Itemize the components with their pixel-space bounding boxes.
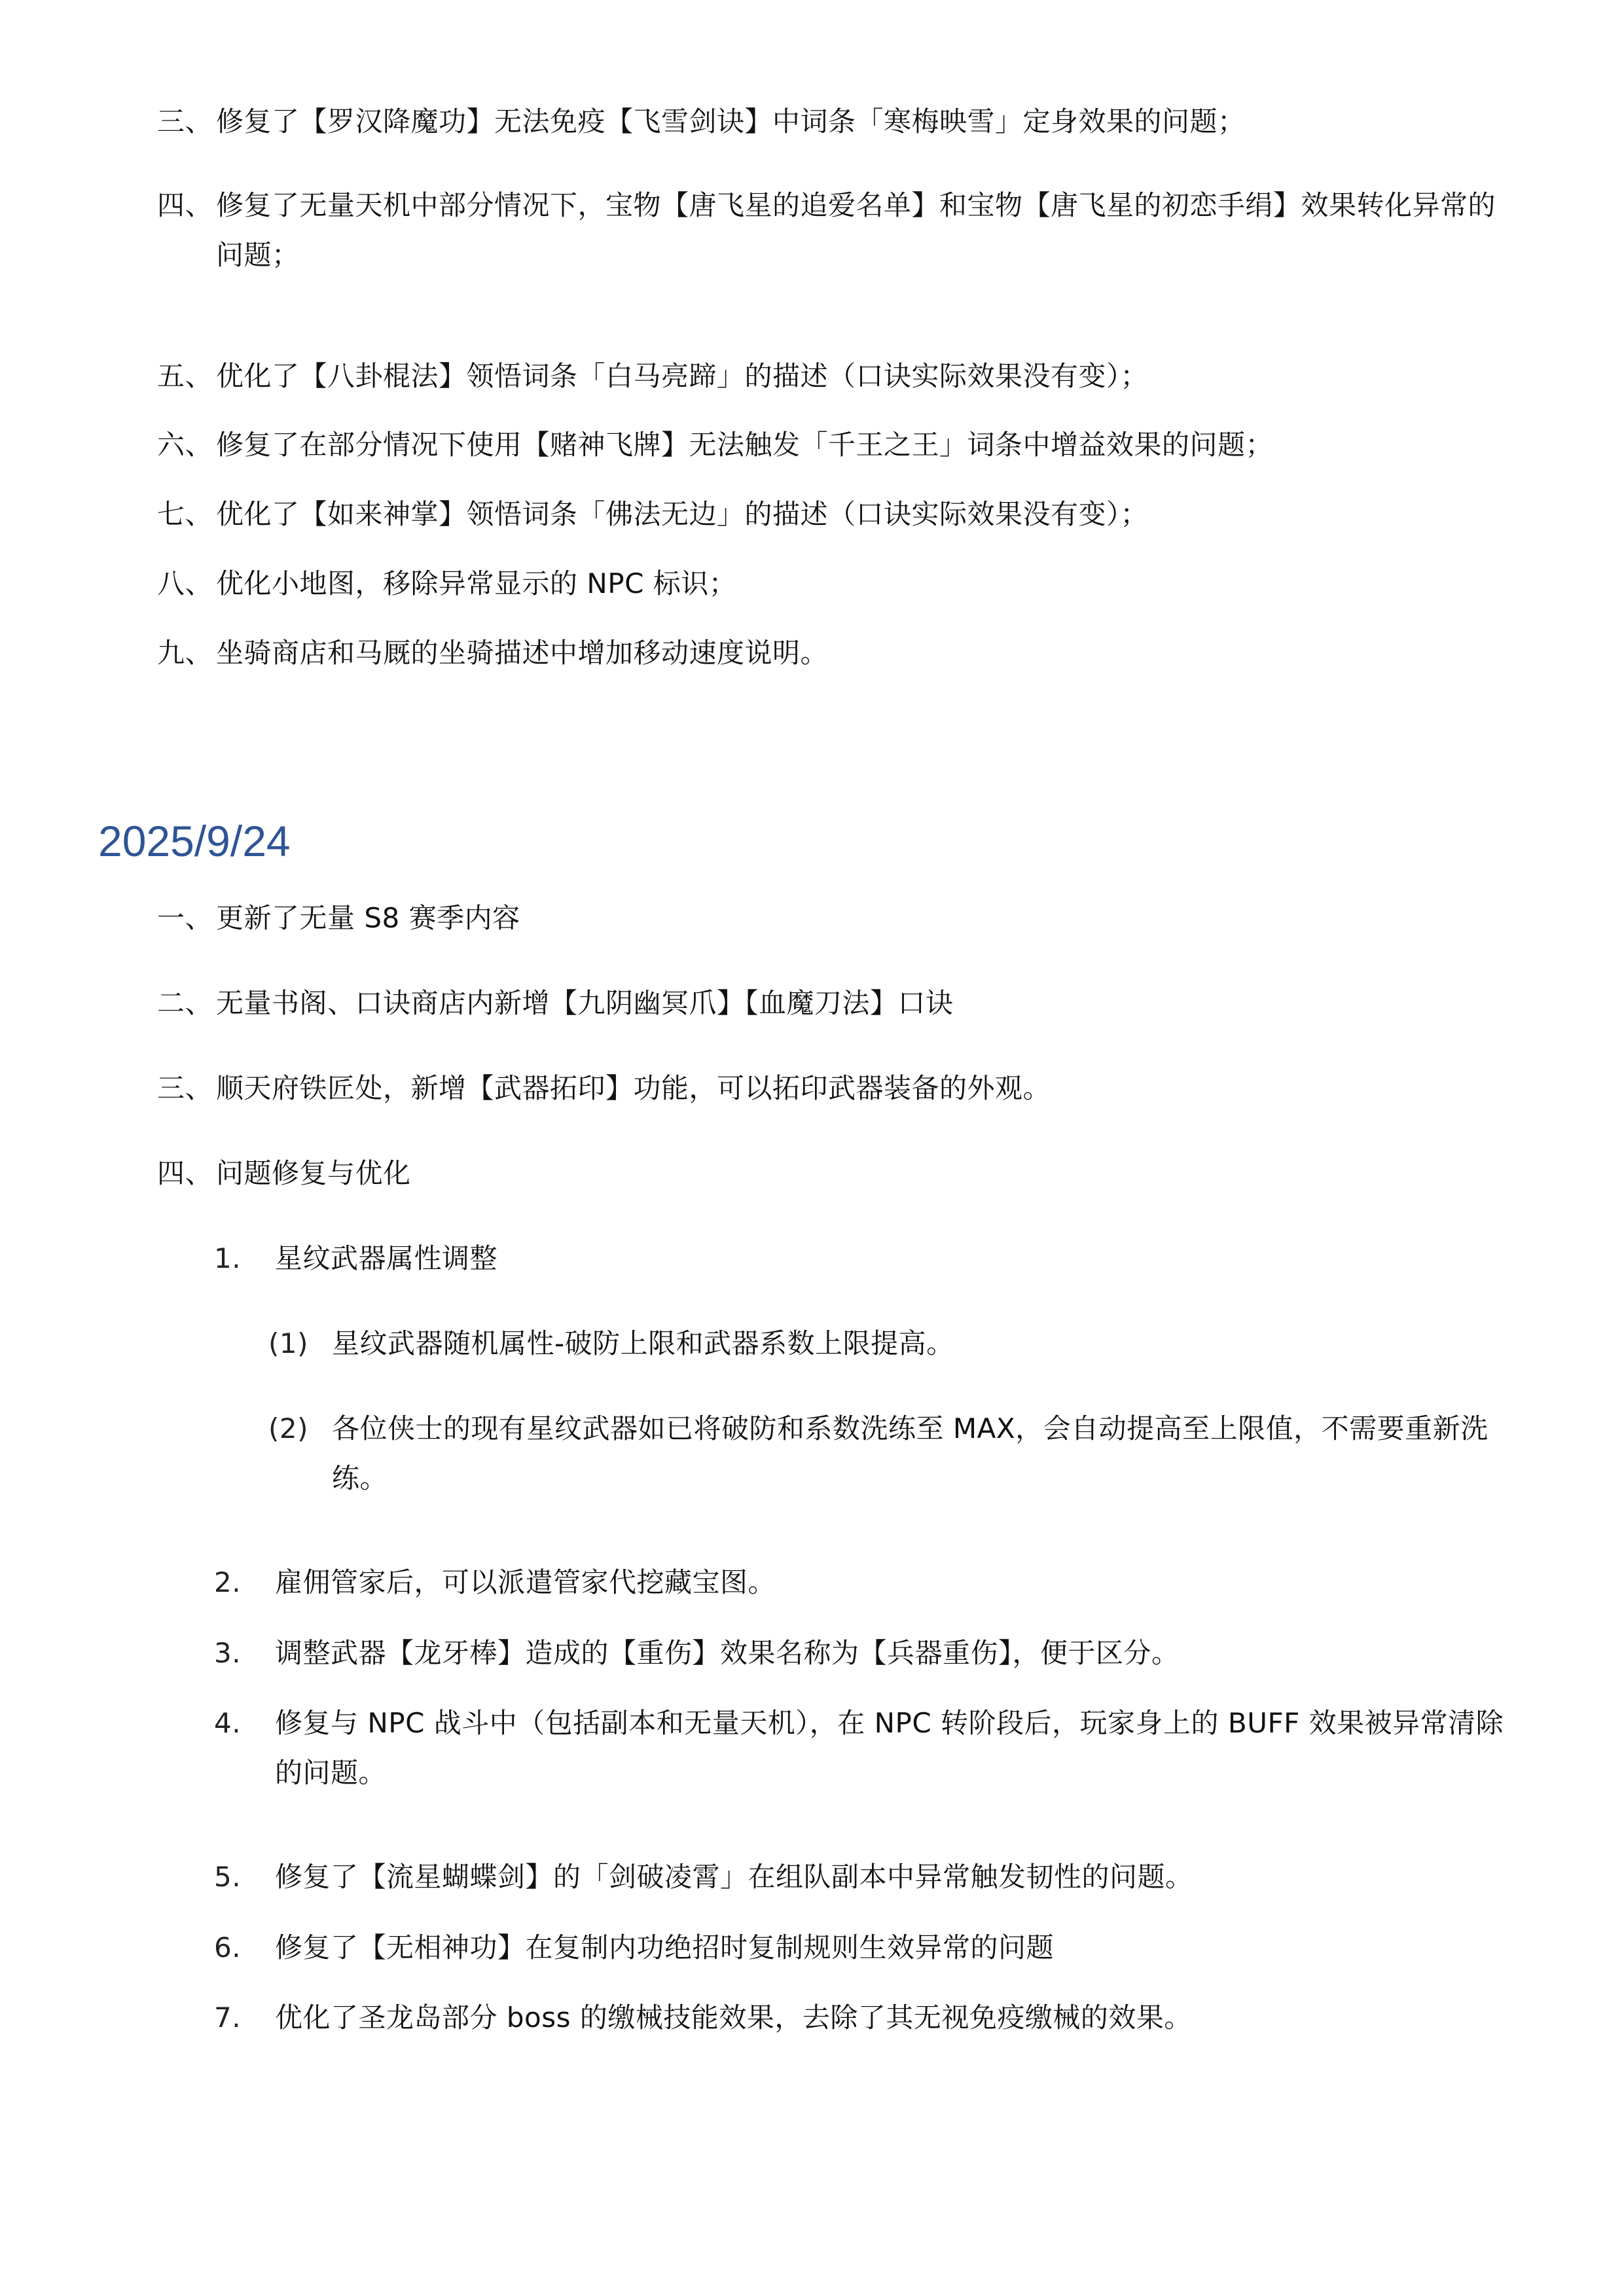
- list-item: 一、 更新了无量 S8 赛季内容: [157, 893, 1519, 943]
- list-item-text: 星纹武器属性调整: [275, 1234, 1520, 1283]
- list-marker: 一、: [157, 893, 216, 943]
- fix-list-item: 4. 修复与 NPC 战斗中（包括副本和无量天机），在 NPC 转阶段后，玩家身…: [214, 1698, 1520, 1798]
- list-marker: 七、: [157, 490, 216, 539]
- list-item-text: 各位侠士的现有星纹武器如已将破防和系数洗练至 MAX，会自动提高至上限值，不需要…: [332, 1404, 1520, 1503]
- list-marker: 二、: [157, 978, 216, 1028]
- list-marker: 6.: [214, 1923, 275, 1973]
- list-item-text: 修复了【罗汉降魔功】无法免疫【飞雪剑诀】中词条「寒梅映雪」定身效果的问题；: [216, 97, 1519, 147]
- list-marker: 四、: [157, 1149, 216, 1198]
- sub-list-item: (1) 星纹武器随机属性-破防上限和武器系数上限提高。: [268, 1319, 1520, 1369]
- list-marker: 五、: [157, 351, 216, 401]
- list-item-text: 优化了【如来神掌】领悟词条「佛法无边」的描述（口诀实际效果没有变）；: [216, 490, 1519, 539]
- list-item: 六、 修复了在部分情况下使用【赌神飞牌】无法触发「千王之王」词条中增益效果的问题…: [157, 420, 1519, 470]
- list-marker: 六、: [157, 420, 216, 470]
- list-marker: 4.: [214, 1698, 275, 1748]
- list-item-text: 修复了【流星蝴蝶剑】的「剑破凌霄」在组队副本中异常触发韧性的问题。: [275, 1852, 1520, 1902]
- list-item: 五、 优化了【八卦棍法】领悟词条「白马亮蹄」的描述（口诀实际效果没有变）；: [157, 351, 1519, 401]
- list-marker: 3.: [214, 1628, 275, 1678]
- fix-list-item: 3. 调整武器【龙牙棒】造成的【重伤】效果名称为【兵器重伤】，便于区分。: [214, 1628, 1520, 1678]
- list-item-text: 优化小地图，移除异常显示的 NPC 标识；: [216, 559, 1519, 609]
- list-item-text: 修复了【无相神功】在复制内功绝招时复制规则生效异常的问题: [275, 1923, 1520, 1973]
- list-marker: 八、: [157, 559, 216, 609]
- list-marker: 7.: [214, 1993, 275, 2043]
- list-item: 七、 优化了【如来神掌】领悟词条「佛法无边」的描述（口诀实际效果没有变）；: [157, 490, 1519, 539]
- section-heading-date: 2025/9/24: [98, 815, 291, 867]
- list-marker: 三、: [157, 1064, 216, 1113]
- list-item-text: 坐骑商店和马厩的坐骑描述中增加移动速度说明。: [216, 628, 1519, 678]
- list-item-text: 修复了无量天机中部分情况下，宝物【唐飞星的追爱名单】和宝物【唐飞星的初恋手绢】效…: [216, 181, 1519, 280]
- list-item: 二、 无量书阁、口诀商店内新增【九阴幽冥爪】【血魔刀法】口诀: [157, 978, 1519, 1028]
- fix-list-item: 2. 雇佣管家后，可以派遣管家代挖藏宝图。: [214, 1558, 1520, 1607]
- list-item: 四、 修复了无量天机中部分情况下，宝物【唐飞星的追爱名单】和宝物【唐飞星的初恋手…: [157, 181, 1519, 280]
- document-page: 三、 修复了【罗汉降魔功】无法免疫【飞雪剑诀】中词条「寒梅映雪」定身效果的问题；…: [0, 0, 1624, 2296]
- list-marker: 5.: [214, 1852, 275, 1902]
- list-item-text: 雇佣管家后，可以派遣管家代挖藏宝图。: [275, 1558, 1520, 1607]
- list-item: 八、 优化小地图，移除异常显示的 NPC 标识；: [157, 559, 1519, 609]
- list-marker: 九、: [157, 628, 216, 678]
- list-marker: 四、: [157, 181, 216, 230]
- fix-list-item: 5. 修复了【流星蝴蝶剑】的「剑破凌霄」在组队副本中异常触发韧性的问题。: [214, 1852, 1520, 1902]
- list-marker: 1.: [214, 1234, 275, 1283]
- list-item-text: 顺天府铁匠处，新增【武器拓印】功能，可以拓印武器装备的外观。: [216, 1064, 1519, 1113]
- list-item-text: 更新了无量 S8 赛季内容: [216, 893, 1519, 943]
- list-item-text: 优化了【八卦棍法】领悟词条「白马亮蹄」的描述（口诀实际效果没有变）；: [216, 351, 1519, 401]
- list-marker: (2): [268, 1404, 332, 1454]
- list-item-text: 星纹武器随机属性-破防上限和武器系数上限提高。: [332, 1319, 1520, 1369]
- list-item: 四、 问题修复与优化: [157, 1149, 1519, 1198]
- sub-list-item: (2) 各位侠士的现有星纹武器如已将破防和系数洗练至 MAX，会自动提高至上限值…: [268, 1404, 1520, 1503]
- list-item: 三、 修复了【罗汉降魔功】无法免疫【飞雪剑诀】中词条「寒梅映雪」定身效果的问题；: [157, 97, 1519, 147]
- list-item-text: 修复了在部分情况下使用【赌神飞牌】无法触发「千王之王」词条中增益效果的问题；: [216, 420, 1519, 470]
- list-item: 九、 坐骑商店和马厩的坐骑描述中增加移动速度说明。: [157, 628, 1519, 678]
- fix-list-item: 7. 优化了圣龙岛部分 boss 的缴械技能效果，去除了其无视免疫缴械的效果。: [214, 1993, 1520, 2043]
- list-item-text: 调整武器【龙牙棒】造成的【重伤】效果名称为【兵器重伤】，便于区分。: [275, 1628, 1520, 1678]
- list-item-text: 优化了圣龙岛部分 boss 的缴械技能效果，去除了其无视免疫缴械的效果。: [275, 1993, 1520, 2043]
- list-marker: (1): [268, 1319, 332, 1369]
- fix-list-item: 1. 星纹武器属性调整: [214, 1234, 1520, 1283]
- fix-list-item: 6. 修复了【无相神功】在复制内功绝招时复制规则生效异常的问题: [214, 1923, 1520, 1973]
- list-item-text: 修复与 NPC 战斗中（包括副本和无量天机），在 NPC 转阶段后，玩家身上的 …: [275, 1698, 1520, 1798]
- list-marker: 三、: [157, 97, 216, 147]
- list-item: 三、 顺天府铁匠处，新增【武器拓印】功能，可以拓印武器装备的外观。: [157, 1064, 1519, 1113]
- list-item-text: 无量书阁、口诀商店内新增【九阴幽冥爪】【血魔刀法】口诀: [216, 978, 1519, 1028]
- list-item-text: 问题修复与优化: [216, 1149, 1519, 1198]
- list-marker: 2.: [214, 1558, 275, 1607]
